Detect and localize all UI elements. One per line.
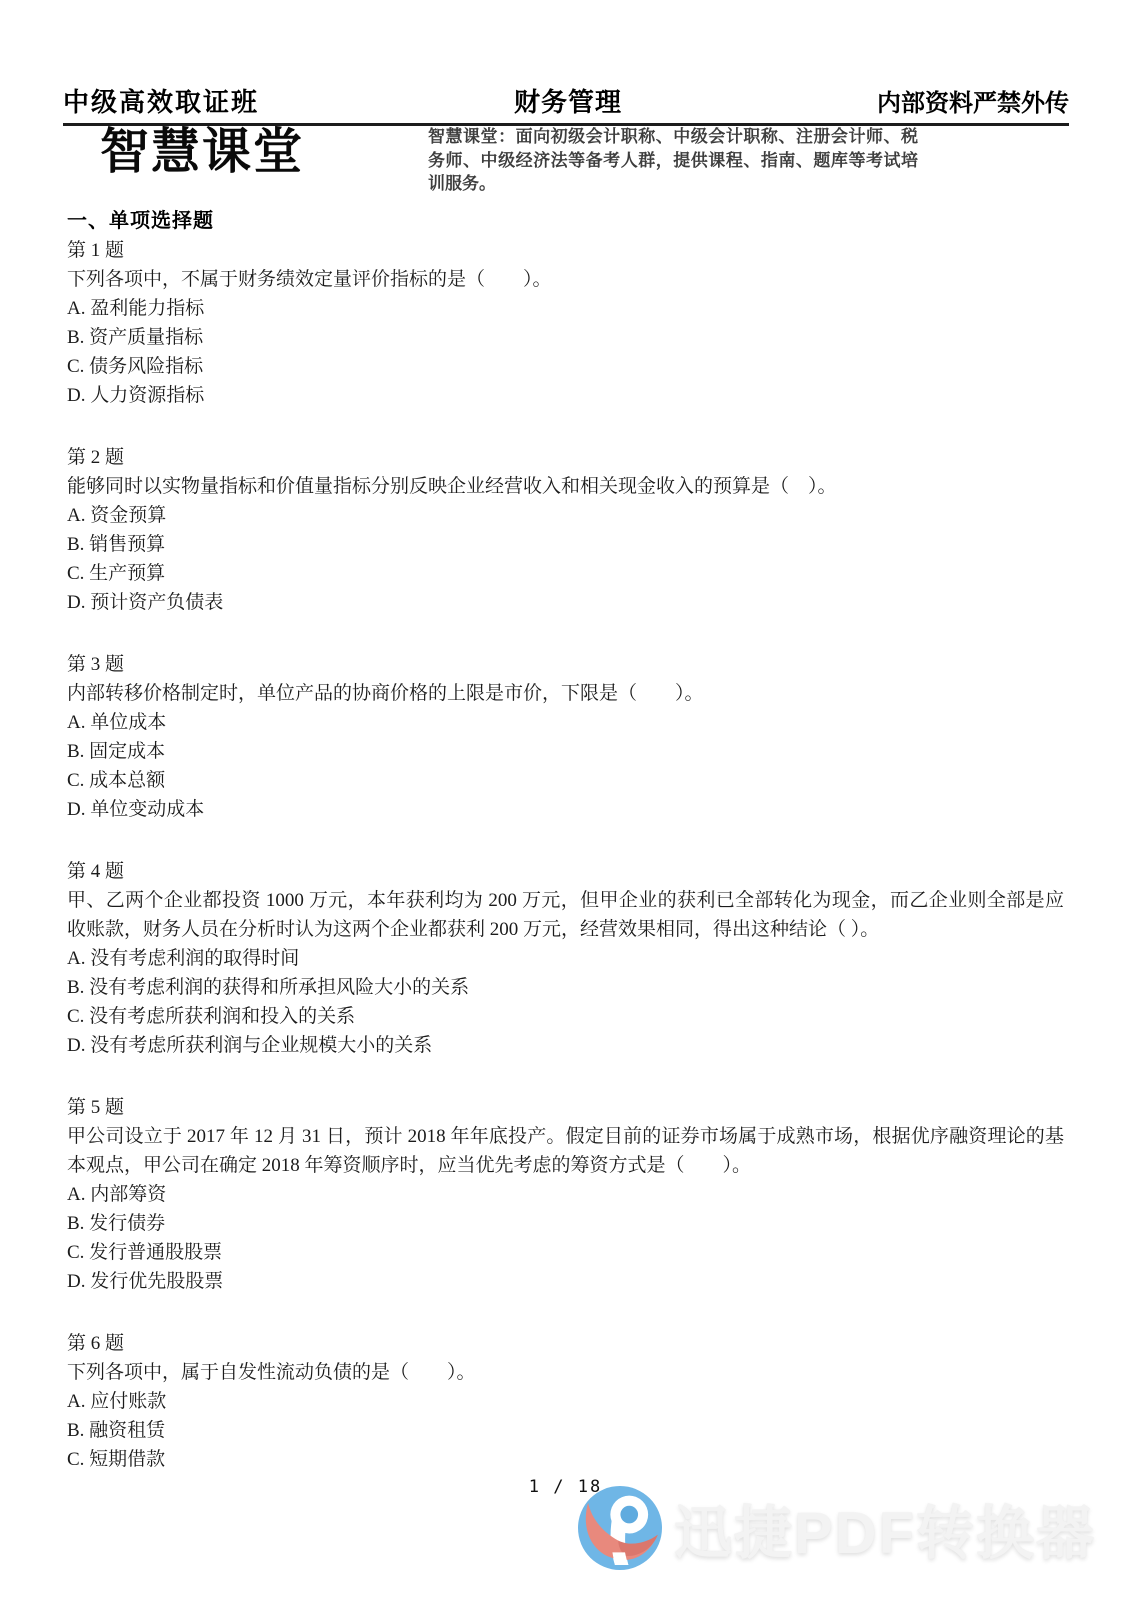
- option-b: B. 没有考虑利润的获得和所承担风险大小的关系: [67, 973, 1064, 1002]
- document-page: 中级高效取证班 财务管理 内部资料严禁外传 智慧课堂 智慧课堂：面向初级会计职称…: [0, 0, 1131, 1600]
- option-a: A. 盈利能力指标: [67, 294, 1064, 323]
- question-stem: 下列各项中，属于自发性流动负债的是（ ）。: [67, 1358, 1064, 1387]
- watermark-text: 迅捷PDF转换器: [674, 1486, 1096, 1570]
- option-b: B. 发行债券: [67, 1209, 1064, 1238]
- page-header: 中级高效取证班 财务管理 内部资料严禁外传: [63, 82, 1069, 126]
- option-c: C. 生产预算: [67, 559, 1064, 588]
- option-b: B. 资产质量指标: [67, 323, 1064, 352]
- question-stem: 下列各项中，不属于财务绩效定量评价指标的是（ ）。: [67, 265, 1064, 294]
- option-a: A. 内部筹资: [67, 1180, 1064, 1209]
- option-c: C. 债务风险指标: [67, 352, 1064, 381]
- question-number: 第 6 题: [67, 1329, 1064, 1358]
- option-d: D. 单位变动成本: [67, 795, 1064, 824]
- brand-description: 智慧课堂：面向初级会计职称、中级会计职称、注册会计师、税务师、中级经济法等备考人…: [428, 125, 918, 196]
- option-d: D. 预计资产负债表: [67, 588, 1064, 617]
- option-c: C. 短期借款: [67, 1445, 1064, 1474]
- question-body: 一、单项选择题 第 1 题 下列各项中，不属于财务绩效定量评价指标的是（ ）。 …: [67, 207, 1064, 1474]
- question-number: 第 1 题: [67, 236, 1064, 265]
- question-stem: 甲公司设立于 2017 年 12 月 31 日，预计 2018 年年底投产。假定…: [67, 1122, 1064, 1180]
- question-6: 第 6 题 下列各项中，属于自发性流动负债的是（ ）。 A. 应付账款 B. 融…: [67, 1329, 1064, 1474]
- option-c: C. 发行普通股股票: [67, 1238, 1064, 1267]
- option-a: A. 单位成本: [67, 708, 1064, 737]
- option-c: C. 成本总额: [67, 766, 1064, 795]
- option-b: B. 销售预算: [67, 530, 1064, 559]
- brand-logo-text: 智慧课堂: [100, 124, 304, 180]
- question-stem: 内部转移价格制定时，单位产品的协商价格的上限是市价，下限是（ ）。: [67, 679, 1064, 708]
- question-number: 第 5 题: [67, 1093, 1064, 1122]
- question-3: 第 3 题 内部转移价格制定时，单位产品的协商价格的上限是市价，下限是（ ）。 …: [67, 650, 1064, 824]
- header-subject-title: 财务管理: [514, 82, 622, 119]
- question-number: 第 4 题: [67, 857, 1064, 886]
- option-a: A. 应付账款: [67, 1387, 1064, 1416]
- question-2: 第 2 题 能够同时以实物量指标和价值量指标分别反映企业经营收入和相关现金收入的…: [67, 443, 1064, 617]
- option-a: A. 资金预算: [67, 501, 1064, 530]
- section-title: 一、单项选择题: [67, 207, 1064, 236]
- option-d: D. 发行优先股股票: [67, 1267, 1064, 1296]
- question-stem: 能够同时以实物量指标和价值量指标分别反映企业经营收入和相关现金收入的预算是（ ）…: [67, 472, 1064, 501]
- question-5: 第 5 题 甲公司设立于 2017 年 12 月 31 日，预计 2018 年年…: [67, 1093, 1064, 1296]
- page-number: 1 / 18: [0, 1477, 1131, 1497]
- option-b: B. 固定成本: [67, 737, 1064, 766]
- question-number: 第 2 题: [67, 443, 1064, 472]
- question-stem: 甲、乙两个企业都投资 1000 万元，本年获利均为 200 万元，但甲企业的获利…: [67, 886, 1064, 944]
- header-course-title: 中级高效取证班: [63, 82, 259, 119]
- header-confidential-note: 内部资料严禁外传: [877, 83, 1069, 118]
- option-c: C. 没有考虑所获利润和投入的关系: [67, 1002, 1064, 1031]
- question-1: 第 1 题 下列各项中，不属于财务绩效定量评价指标的是（ ）。 A. 盈利能力指…: [67, 236, 1064, 410]
- question-number: 第 3 题: [67, 650, 1064, 679]
- option-d: D. 人力资源指标: [67, 381, 1064, 410]
- question-4: 第 4 题 甲、乙两个企业都投资 1000 万元，本年获利均为 200 万元，但…: [67, 857, 1064, 1060]
- pdf-converter-watermark: 迅捷PDF转换器: [578, 1486, 1096, 1570]
- option-a: A. 没有考虑利润的取得时间: [67, 944, 1064, 973]
- pdf-converter-logo-icon: [578, 1486, 662, 1570]
- option-d: D. 没有考虑所获利润与企业规模大小的关系: [67, 1031, 1064, 1060]
- option-b: B. 融资租赁: [67, 1416, 1064, 1445]
